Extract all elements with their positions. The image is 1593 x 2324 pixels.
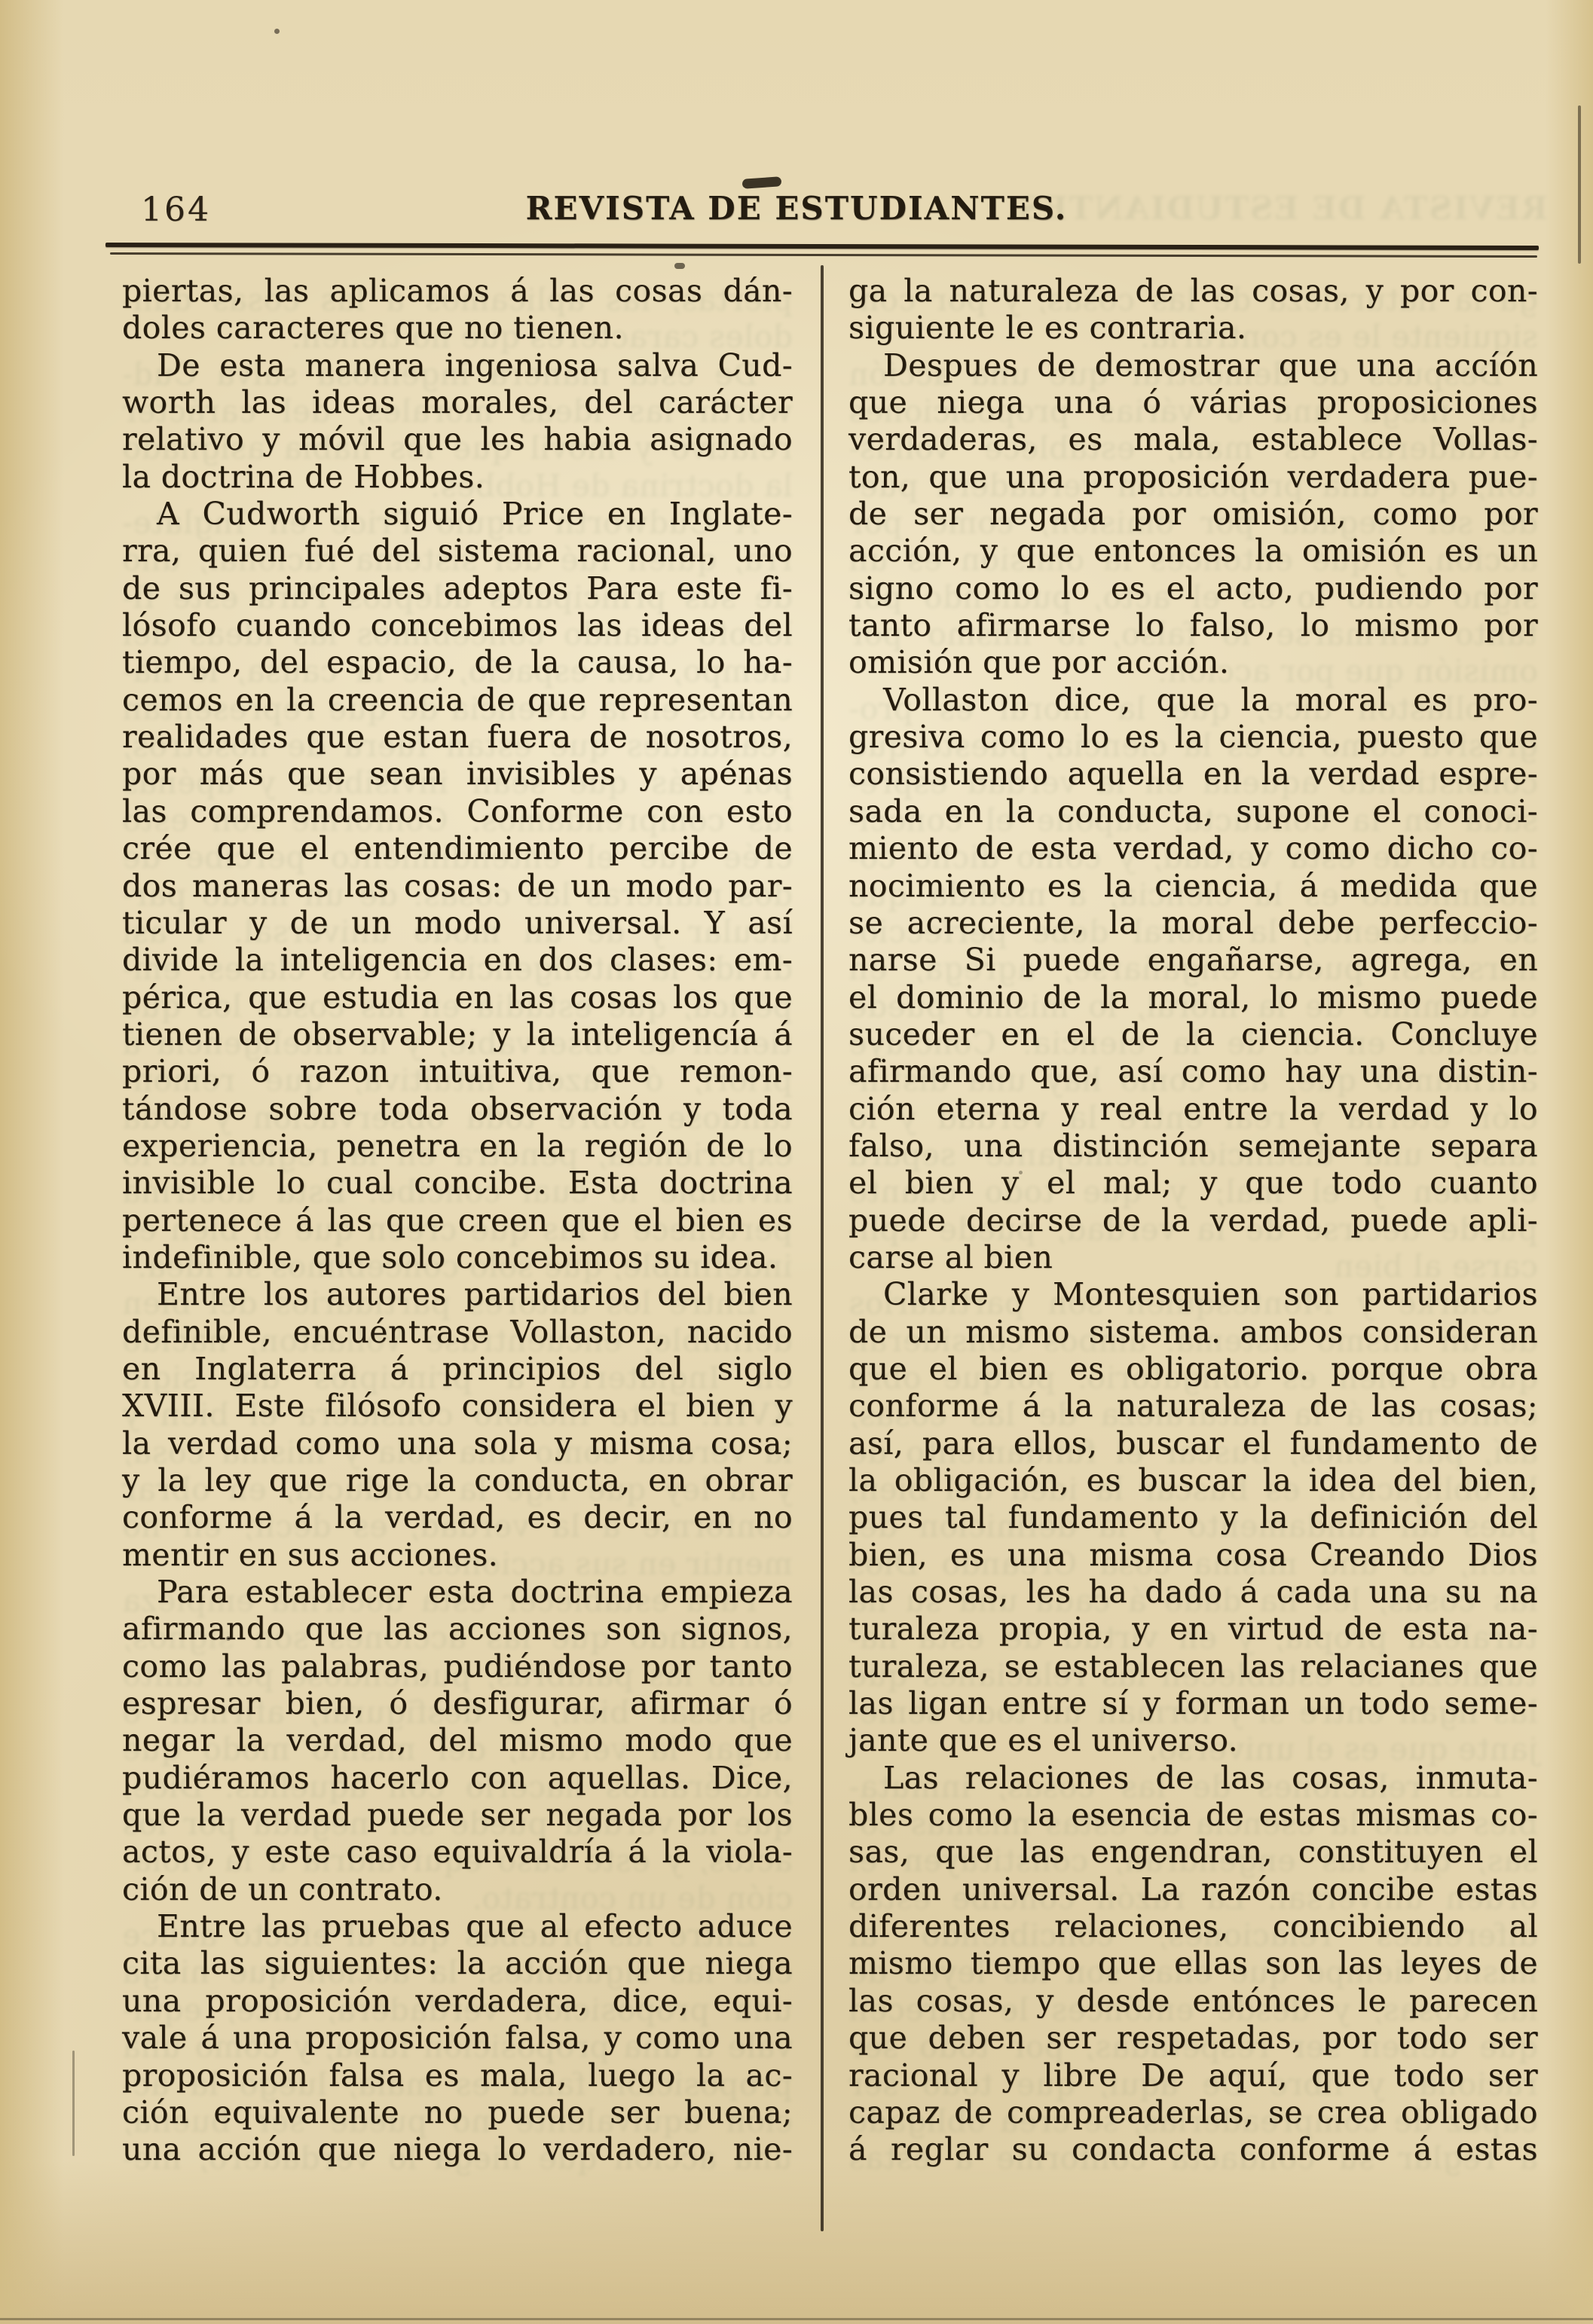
text-line: tanto afirmarse lo falso, lo mismo por [848,607,1538,644]
paper-speck [1019,1171,1023,1174]
text-line: la verdad como una sola y misma cosa; [122,1425,793,1462]
text-line: las cosas, les ha dado á cada una su na [848,1574,1538,1611]
text-line: tiempo, del espacio, de la causa, lo ha- [122,644,793,681]
text-line: definible, encuéntrase Vollaston, nacido [122,1314,793,1351]
text-line: A Cudworth siguió Price en Inglate- [122,496,793,533]
text-line: carse al bien [848,1239,1538,1276]
text-line: pues tal fundamento y la definición del [848,1499,1538,1536]
text-line: worth las ideas morales, del carácter [122,384,793,421]
text-line: como las palabras, pudiéndose por tanto [122,1648,793,1685]
text-line: puede decirse de la verdad, puede apli- [848,1202,1538,1239]
text-line: las cosas, y desde entónces le parecen [848,1983,1538,2020]
text-line: capaz de compreaderlas, se crea obligado [848,2094,1538,2131]
text-line: de sus principales adeptos Para este fi- [122,570,793,607]
text-line: de ser negada por omisión, como por [848,496,1538,533]
text-line: las ligan entre sí y forman un todo seme… [848,1685,1538,1722]
text-line: afirmando que las acciones son signos, [122,1611,793,1648]
text-line: XVIII. Este filósofo considera el bien y [122,1388,793,1425]
text-line: proposición falsa es mala, luego la ac- [122,2057,793,2094]
text-line: divide la inteligencia en dos clases: em… [122,942,793,979]
text-line: siguiente le es contraria. [848,310,1538,347]
text-line: verdaderas, es mala, establece Vollas- [848,421,1538,458]
text-line: signo como lo es el acto, pudiendo por [848,570,1538,607]
text-line: nocimiento es la ciencia, á medida que [848,868,1538,905]
paper-speck [274,29,280,34]
text-line: ción de un contrato. [122,1871,793,1908]
text-line: afirmando que, así como hay una distin- [848,1053,1538,1090]
paper-speck [226,1636,231,1641]
text-line: Entre las pruebas que al efecto aduce [122,1908,793,1945]
text-line: Vollaston dice, que la moral es pro- [848,682,1538,719]
text-line: miento de esta verdad, y como dicho co- [848,830,1538,867]
header-rule-bottom [110,252,1537,258]
text-line: omisión que por acción. [848,644,1538,681]
ink-blot [742,176,782,189]
text-line: De esta manera ingeniosa salva Cud- [122,347,793,384]
text-line: ción eterna y real entre la verdad y lo [848,1091,1538,1128]
text-line: doles caracteres que no tienen. [122,310,793,347]
text-line: las comprendamos. Conforme con esto [122,793,793,830]
text-line: acción, y que entonces la omisión es un [848,533,1538,570]
text-line: lósofo cuando concebimos las ideas del [122,607,793,644]
text-line: cemos en la creencia de que representan [122,682,793,719]
text-line: bles como la esencia de estas mismas co- [848,1797,1538,1834]
text-line: Para establecer esta doctrina empieza [122,1574,793,1611]
header-rule-top [105,243,1539,250]
text-line: mentir en sus acciones. [122,1537,793,1574]
text-line: rra, quien fué del sistema racional, uno [122,533,793,570]
text-line: gresiva como lo es la ciencia, puesto qu… [848,719,1538,756]
text-line: Clarke y Montesquien son partidarios [848,1276,1538,1313]
text-line: invisible lo cual concibe. Esta doctrina [122,1165,793,1202]
text-line: turaleza propia, y en virtud de esta na- [848,1611,1538,1648]
paper-crease [72,2051,75,2156]
page-edge-shadow [0,2318,1593,2320]
text-line: la doctrina de Hobbes. [122,459,793,496]
text-line: conforme á la naturaleza de las cosas; [848,1388,1538,1425]
text-line: consistiendo aquella en la verdad espre- [848,756,1538,792]
text-line: racional y libre De aquí, que todo ser [848,2057,1538,2094]
text-line: que deben ser respetadas, por todo ser [848,2020,1538,2057]
text-line: el bien y el mal; y que todo cuanto [848,1165,1538,1202]
text-line: vale á una proposición falsa, y como una [122,2020,793,2057]
text-line: turaleza, se establecen las relacianes q… [848,1648,1538,1685]
text-line: diferentes relaciones, concibiendo al [848,1908,1538,1945]
text-line: Entre los autores partidarios del bien [122,1276,793,1313]
scan-edge-mark [1578,105,1581,264]
text-line: narse Si puede engañarse, agrega, en [848,942,1538,979]
text-line: la obligación, es buscar la idea del bie… [848,1462,1538,1499]
text-line: suceder en el de la ciencia. Concluye [848,1016,1538,1053]
text-line: priori, ó razon intuitiva, que remon- [122,1053,793,1090]
text-line: sada en la conducta, supone el conoci- [848,793,1538,830]
text-line: así, para ellos, buscar el fundamento de [848,1425,1538,1462]
text-line: ticular y de un modo universal. Y así [122,905,793,942]
text-line: tienen de observable; y la inteligencía … [122,1016,793,1053]
text-line: piertas, las aplicamos á las cosas dán- [122,273,793,310]
text-line: mismo tiempo que ellas son las leyes de [848,1945,1538,1982]
text-line: actos, y este caso equivaldría á la viol… [122,1834,793,1870]
text-line: negar la verdad, del mismo modo que [122,1722,793,1759]
text-line: sas, que las engendran, constituyen el [848,1834,1538,1870]
column-divider [821,265,824,2231]
text-line: una proposición verdadera, dice, equi- [122,1983,793,2020]
text-line: por más que sean invisibles y apénas [122,756,793,792]
text-line: tándose sobre toda observación y toda [122,1091,793,1128]
text-line: espresar bien, ó desfigurar, afirmar ó [122,1685,793,1722]
text-line: y la ley que rige la conducta, en obrar [122,1462,793,1499]
text-line: en Inglaterra á principios del siglo [122,1351,793,1388]
text-column-right: ga la naturaleza de las cosas, y por con… [848,273,1538,2169]
text-line: ción equivalente no puede ser buena; [122,2094,793,2131]
text-line: una acción que niega lo verdadero, nie- [122,2131,793,2168]
text-line: á reglar su condacta conforme á estas [848,2131,1538,2168]
text-line: dos maneras las cosas: de un modo par- [122,868,793,905]
scanned-page: piertas, las aplicamos á las cosas dán-d… [0,0,1593,2324]
text-line: relativo y móvil que les habia asignado [122,421,793,458]
text-line: Despues de demostrar que una accíón [848,347,1538,384]
text-line: Las relaciones de las cosas, inmuta- [848,1760,1538,1797]
text-line: crée que el entendimiento percibe de [122,830,793,867]
text-line: cita las siguientes: la acción que niega [122,1945,793,1982]
text-line: indefinible, que solo concebimos su idea… [122,1239,793,1276]
text-line: el dominio de la moral, lo mismo puede [848,979,1538,1016]
text-line: de un mismo sistema. ambos consideran [848,1314,1538,1351]
text-line: conforme á la verdad, es decir, en no [122,1499,793,1536]
text-line: pertenece á las que creen que el bien es [122,1202,793,1239]
text-line: que niega una ó várias proposiciones [848,384,1538,421]
ink-blot [674,263,685,269]
text-line: experiencia, penetra en la región de lo [122,1128,793,1165]
text-line: jante que es el universo. [848,1722,1538,1759]
text-line: ga la naturaleza de las cosas, y por con… [848,273,1538,310]
text-line: pudiéramos hacerlo con aquellas. Dice, [122,1760,793,1797]
text-line: se acreciente, la moral debe perfeccio- [848,905,1538,942]
text-line: périca, que estudia en las cosas los que [122,979,793,1016]
text-line: bien, es una misma cosa Creando Dios [848,1537,1538,1574]
text-line: ton, que una proposición verdadera pue- [848,459,1538,496]
text-line: orden universal. La razón concibe estas [848,1871,1538,1908]
text-line: que la verdad puede ser negada por los [122,1797,793,1834]
journal-title: REVISTA DE ESTUDIANTES. [0,190,1593,227]
text-column-left: piertas, las aplicamos á las cosas dán-d… [122,273,793,2169]
text-line: que el bien es obligatorio. porque obra [848,1351,1538,1388]
text-line: falso, una distinción semejante separa [848,1128,1538,1165]
text-line: realidades que estan fuera de nosotros, [122,719,793,756]
